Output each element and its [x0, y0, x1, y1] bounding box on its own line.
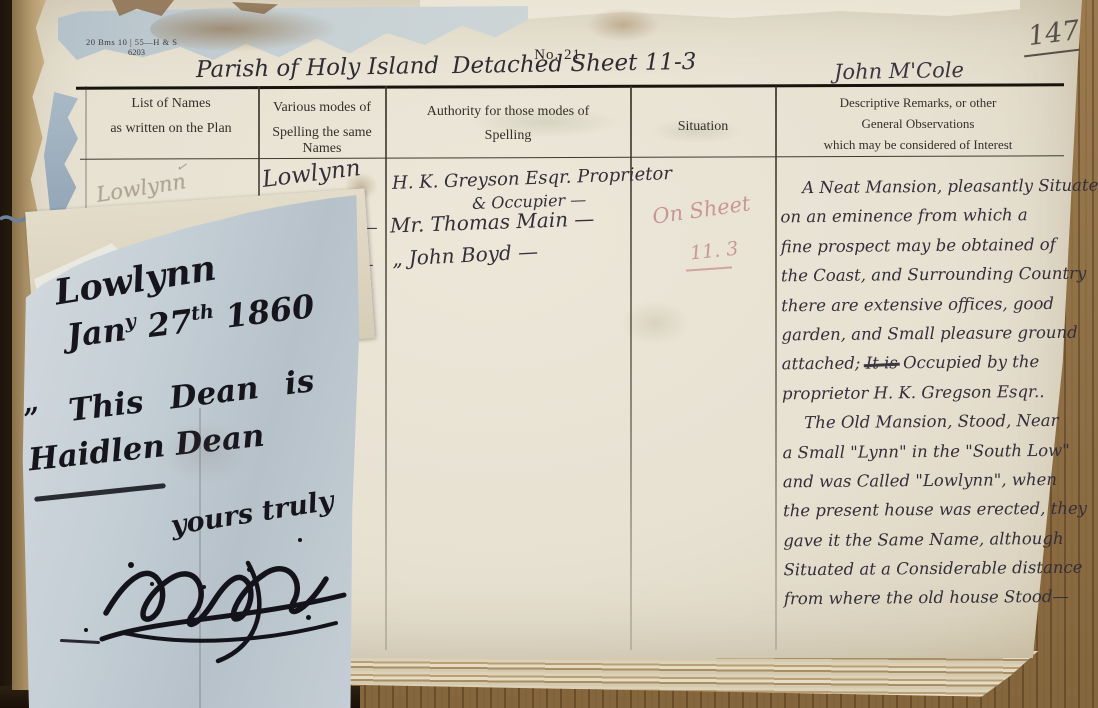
note-date-part: 1860: [212, 287, 316, 337]
ink-dot: [266, 608, 270, 612]
column-line: [385, 86, 387, 650]
printer-stamp-line1: 20 Bms 10 | 55—H & S: [86, 37, 178, 47]
column-header-authority: Authority for those modes of Spelling: [390, 104, 626, 144]
remarks-paragraph: A Neat Mansion, pleasantly Situated on a…: [780, 171, 1084, 614]
column-line: [775, 86, 777, 650]
column-header-line: which may be considered of Interest: [780, 137, 1056, 153]
ink-dot: [84, 628, 88, 632]
note-date-part: Jan: [65, 310, 128, 355]
column-header-line: as written on the Plan: [90, 121, 252, 137]
column-header-situation: Situation: [634, 119, 772, 135]
printer-stamp-line2: 6203: [128, 47, 145, 57]
ink-dot: [202, 585, 206, 589]
column-header-spelling-modes: Various modes of Spelling the same Names: [262, 100, 382, 157]
column-header-line: Descriptive Remarks, or other: [780, 95, 1056, 111]
folio-number: 147: [1026, 15, 1081, 52]
ink-dot: [247, 567, 252, 572]
column-header-line: Various modes of: [262, 100, 382, 116]
signature-flourish: [98, 535, 350, 667]
note-date-superscript: th: [190, 300, 215, 326]
heading-parish: Parish of Holy Island: [196, 53, 440, 83]
note-underline-smear: [34, 483, 166, 502]
ink-dot: [150, 582, 154, 586]
remarks-line: The Old Mansion, Stood, Near: [782, 406, 1082, 438]
note-line: Haidlen Dean: [27, 418, 266, 479]
remarks-text: attached;: [782, 354, 866, 374]
note-closing: yours truly: [169, 485, 336, 541]
attached-blue-note: Lowlynn Jany 27th 1860 „ This Dean is Ha…: [20, 190, 365, 708]
ink-dot: [306, 615, 311, 620]
column-header-names: List of Names as written on the Plan: [90, 96, 252, 137]
remarks-line: a Small "Lynn" in the "South Low": [782, 435, 1082, 467]
remarks-line: from where the old house Stood—: [784, 582, 1084, 614]
remarks-line: Situated at a Considerable distance: [783, 553, 1083, 585]
remarks-line: on an eminence from which a: [780, 200, 1080, 232]
remarks-text: Occupied by the: [898, 352, 1040, 372]
remarks-line: the present house was erected, they: [783, 494, 1083, 526]
heading-surveyor: John M'Cole: [834, 58, 964, 84]
column-header-line: Spelling the same Names: [262, 125, 382, 157]
ink-dot: [298, 538, 302, 542]
remarks-line: there are extensive offices, good: [781, 288, 1081, 320]
remarks-line-with-strike: attached; It is Occupied by the: [782, 347, 1082, 379]
note-date-part: 27: [134, 302, 194, 347]
column-header-line: List of Names: [90, 96, 252, 112]
struck-out-words: It is: [866, 354, 898, 373]
remarks-line: the Coast, and Surrounding Country: [781, 259, 1081, 291]
remarks-line: A Neat Mansion, pleasantly Situated: [780, 171, 1080, 203]
name-book-scan: 20 Bms 10 | 55—H & S 6203 No. 21. 147 Pa…: [0, 0, 1098, 708]
remarks-line: proprietor H. K. Gregson Esqr..: [782, 376, 1082, 408]
remarks-line: gave it the Same Name, although: [783, 523, 1083, 555]
note-line: This Dean is: [67, 363, 316, 429]
column-header-line: Situation: [634, 119, 772, 135]
remarks-line: fine prospect may be obtained of: [781, 229, 1081, 261]
column-header-line: Authority for those modes of: [390, 104, 626, 120]
column-header-remarks: Descriptive Remarks, or other General Ob…: [780, 95, 1056, 153]
remarks-line: and was Called "Lowlynn", when: [783, 465, 1083, 497]
column-header-line: Spelling: [390, 128, 626, 144]
heading-sheet: Detached Sheet 11-3: [452, 49, 697, 79]
remarks-line: garden, and Small pleasure ground: [781, 318, 1081, 350]
column-header-line: General Observations: [780, 116, 1056, 132]
ink-dot: [128, 562, 134, 568]
